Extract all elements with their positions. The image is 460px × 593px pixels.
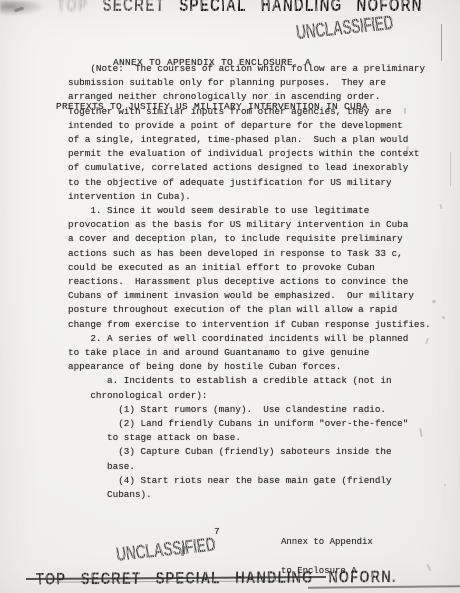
body-item-a: a. Incidents to establish a credible att…	[68, 374, 431, 402]
classification-word: NOFORN.	[328, 567, 396, 587]
page-number: 7	[214, 526, 220, 537]
scan-speckle	[442, 316, 445, 319]
body-paragraph-note: (Note: The courses of action which follo…	[68, 62, 431, 204]
scan-smudge	[14, 6, 24, 12]
scan-speckle	[432, 300, 436, 303]
body-item-1: (1) Start rumors (many). Use clandestine…	[68, 403, 431, 417]
body-item-3: (3) Capture Cuban (friendly) saboteurs i…	[68, 445, 431, 473]
classification-word: SECRET	[102, 0, 165, 15]
scan-speckle	[427, 564, 432, 571]
unclassified-stamp-bottom: UNCLASSIFIED	[115, 532, 217, 565]
annex-reference-line1: Annex to Appendix	[281, 538, 373, 548]
body-item-2: (2) Land friendly Cubans in uniform "ove…	[68, 417, 431, 445]
scanned-document-page: TOP SECRET SPECIAL HANDLING NOFORN UNCLA…	[0, 0, 460, 593]
body-paragraph-2: 2. A series of well coordinated incident…	[68, 332, 431, 375]
body-item-4: (4) Start riots near the base main gate …	[68, 474, 431, 502]
scan-speckle	[439, 204, 442, 209]
classification-word: TOP	[57, 0, 88, 15]
classification-word: HANDLING	[261, 0, 343, 15]
scan-speckle	[444, 484, 446, 486]
body-paragraph-1: 1. Since it would seem desirable to use …	[68, 204, 431, 332]
scan-line-artifact	[441, 24, 442, 61]
scan-edge-line	[308, 585, 460, 589]
document-body: (Note: The courses of action which follo…	[68, 62, 431, 502]
scan-line-artifact	[450, 152, 451, 186]
scan-smudge	[0, 0, 46, 16]
classification-word: SPECIAL	[179, 0, 247, 15]
